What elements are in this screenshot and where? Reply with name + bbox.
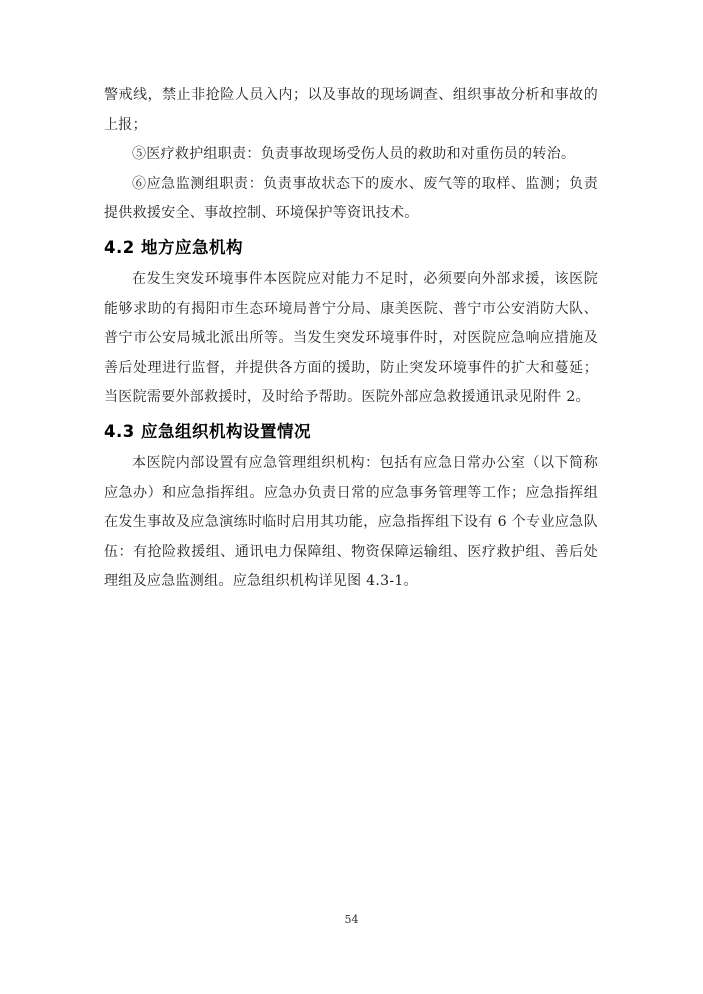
duty-item-6: ⑥应急监测组职责：负责事故状态下的废水、废气等的取样、监测；负责提供救援安全、事… [104,170,598,229]
page-footer: 54 [0,908,703,927]
document-content: 警戒线，禁止非抢险人员入内；以及事故的现场调查、组织事故分析和事故的上报； ⑤医… [104,81,598,597]
document-page: 警戒线，禁止非抢险人员入内；以及事故的现场调查、组织事故分析和事故的上报； ⑤医… [0,0,703,994]
section-4-2-paragraph: 在发生突发环境事件本医院应对能力不足时，必须要向外部求援，该医院能够求助的有揭阳… [104,265,598,413]
page-number: 54 [345,913,359,926]
section-heading-4-2: 4.2 地方应急机构 [104,235,598,261]
duty-item-5: ⑤医疗救护组职责：负责事故现场受伤人员的救助和对重伤员的转治。 [104,140,598,170]
section-4-3-paragraph: 本医院内部设置有应急管理组织机构：包括有应急日常办公室（以下简称应急办）和应急指… [104,449,598,597]
continuation-paragraph: 警戒线，禁止非抢险人员入内；以及事故的现场调查、组织事故分析和事故的上报； [104,81,598,140]
section-heading-4-3: 4.3 应急组织机构设置情况 [104,419,598,445]
